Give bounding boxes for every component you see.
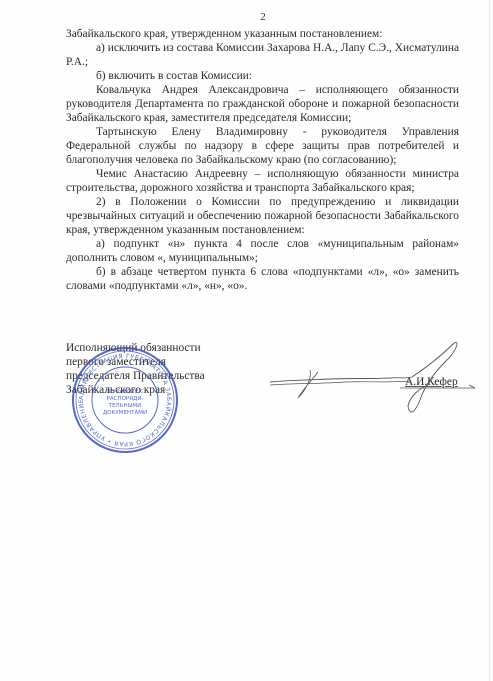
paragraph: б) в абзаце четвертом пункта 6 слова «по… — [66, 265, 459, 293]
paragraph: а) подпункт «н» пункта 4 после слов «мун… — [66, 237, 459, 265]
paragraph: б) включить в состав Комиссии: — [66, 69, 459, 83]
page-edge — [489, 0, 490, 681]
paragraph: Чемис Анастасию Андреевну – исполняющую … — [66, 167, 459, 195]
stamp-line: ПО РАБОТЕ С — [106, 389, 144, 395]
paragraph: а) исключить из состава Комиссии Захаров… — [66, 41, 459, 69]
paragraph: Забайкальского края, утвержденном указан… — [66, 27, 459, 41]
stamp-line: ТЕЛЬНЫМИ — [108, 403, 142, 409]
signer-name: А.И.Кефер — [405, 376, 458, 388]
official-stamp-icon: АДМИНИСТРАЦИЯ ГУБЕРНАТОРА ЗАБАЙКАЛЬСКОГО… — [70, 345, 180, 455]
page-number: 2 — [0, 11, 493, 23]
paragraph: 2) в Положении о Комиссии по предупрежде… — [66, 195, 459, 237]
document-body: Забайкальского края, утвержденном указан… — [66, 27, 459, 293]
paragraph: Ковальчука Андрея Александровича – испол… — [66, 83, 459, 125]
document-page: 2 Забайкальского края, утвержденном указ… — [0, 0, 493, 681]
stamp-line: ДОКУМЕНТАМИ — [103, 410, 147, 416]
stamp-line: РАСПОРЯДИ- — [107, 396, 144, 402]
paragraph: Тартынскую Елену Владимировну - руководи… — [66, 125, 459, 167]
